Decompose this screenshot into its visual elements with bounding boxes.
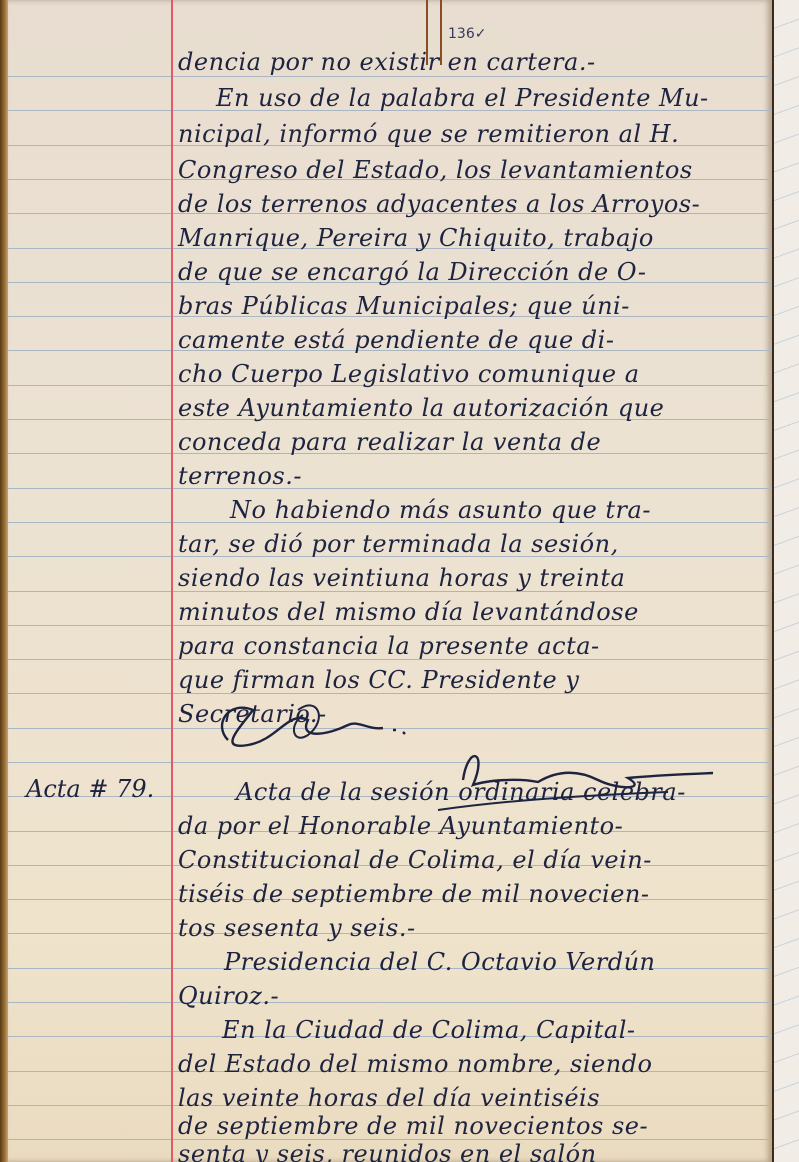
text-line: de septiembre de mil novecientos se- bbox=[178, 1112, 768, 1140]
text-line: dencia por no existir en cartera.- bbox=[178, 48, 768, 76]
text-line: Quiroz.- bbox=[178, 982, 768, 1010]
text-line: Presidencia del C. Octavio Verdún bbox=[224, 948, 772, 976]
text-line: de los terrenos adyacentes a los Arroyos… bbox=[178, 190, 768, 218]
ledger-page: 136✓ dencia por no existir en cartera.- … bbox=[8, 0, 772, 1162]
text-line: senta y seis, reunidos en el salón bbox=[178, 1140, 768, 1162]
text-line: tos sesenta y seis.- bbox=[178, 914, 768, 942]
text-line: este Ayuntamiento la autorización que bbox=[178, 394, 768, 422]
text-line: camente está pendiente de que di- bbox=[178, 326, 768, 354]
red-margin-line bbox=[171, 0, 173, 1162]
text-line: conceda para realizar la venta de bbox=[178, 428, 768, 456]
text-line: de que se encargó la Dirección de O- bbox=[178, 258, 768, 286]
text-line: bras Públicas Municipales; que úni- bbox=[178, 292, 768, 320]
text-line: las veinte horas del día veintiséis bbox=[178, 1084, 768, 1112]
text-line: siendo las veintiuna horas y treinta bbox=[178, 564, 768, 592]
text-line: tiséis de septiembre de mil novecien- bbox=[178, 880, 768, 908]
book-binding bbox=[0, 0, 8, 1162]
text-line: Congreso del Estado, los levantamientos bbox=[178, 156, 768, 184]
page-number: 136✓ bbox=[448, 26, 486, 42]
text-line: da por el Honorable Ayuntamiento- bbox=[178, 812, 768, 840]
text-line: minutos del mismo día levantándose bbox=[178, 598, 768, 626]
text-line: tar, se dió por terminada la sesión, bbox=[178, 530, 768, 558]
text-line: Constitucional de Colima, el día vein- bbox=[178, 846, 768, 874]
text-line: En la Ciudad de Colima, Capital- bbox=[222, 1016, 772, 1044]
text-line: nicipal, informó que se remitieron al H. bbox=[178, 120, 768, 148]
text-line: del Estado del mismo nombre, siendo bbox=[178, 1050, 768, 1078]
text-line: Acta de la sesión ordinaria celebra- bbox=[236, 778, 772, 806]
acta-number-label: Acta # 79. bbox=[26, 775, 154, 803]
rule-line bbox=[8, 76, 772, 77]
text-line: En uso de la palabra el Presidente Mu- bbox=[216, 84, 772, 112]
signature-president bbox=[208, 690, 448, 760]
text-line: terrenos.- bbox=[178, 462, 768, 490]
text-line: Manrique, Pereira y Chiquito, trabajo bbox=[178, 224, 768, 252]
next-page-edge bbox=[772, 0, 799, 1162]
text-line: No habiendo más asunto que tra- bbox=[230, 496, 772, 524]
text-line: para constancia la presente acta- bbox=[178, 632, 768, 660]
text-line: cho Cuerpo Legislativo comunique a bbox=[178, 360, 768, 388]
ledger-photo: 136✓ dencia por no existir en cartera.- … bbox=[0, 0, 799, 1162]
